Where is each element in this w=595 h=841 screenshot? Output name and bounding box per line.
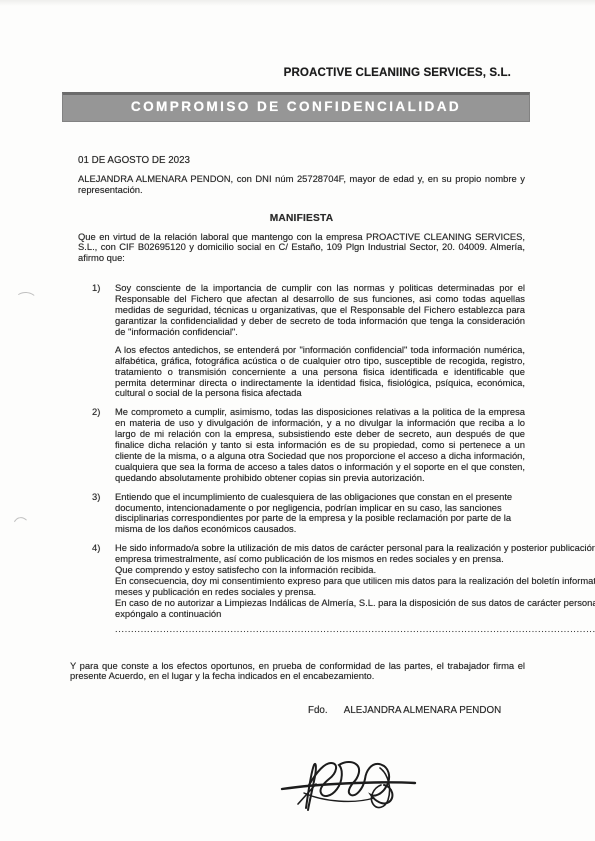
clause-3: 3) Entiendo que el incumplimiento de cua…: [78, 492, 525, 536]
section-heading: MANIFIESTA: [78, 214, 525, 225]
scan-artifact-arc-bottom: [10, 516, 34, 548]
scan-artifact-arc-top: [15, 291, 38, 308]
declarant-line: ALEJANDRA ALMENARA PENDON, con DNI núm 2…: [78, 174, 525, 196]
clause-1-number: 1): [92, 283, 115, 399]
handwritten-signature-scribble: [276, 758, 421, 818]
clause-1-paragraph-1: Soy consciente de la importancia de cump…: [115, 283, 525, 338]
closing-paragraph: Y para que conste a los efectos oportuno…: [70, 661, 525, 683]
signature-line: Fdo. ALEJANDRA ALMENARA PENDON: [78, 706, 525, 717]
clause-4-paragraph-1: He sido informado/a sobre la utilización…: [115, 543, 595, 565]
clause-4-number: 4): [92, 543, 115, 634]
clause-2-number: 2): [92, 407, 115, 483]
clause-1-paragraph-2: A los efectos antedichos, se entenderá p…: [115, 345, 525, 400]
clause-2: 2) Me comprometo a cumplir, asimismo, to…: [78, 407, 525, 483]
section-intro-paragraph: Que en virtud de la relación laboral que…: [78, 232, 525, 265]
clause-4: 4) He sido informado/a sobre la utilizac…: [78, 543, 525, 634]
company-header: PROACTIVE CLEANIING SERVICES, S.L.: [78, 68, 525, 79]
clause-2-paragraph-1: Me comprometo a cumplir, asimismo, todas…: [115, 407, 525, 483]
clause-3-paragraph-1: Entiendo que el incumplimiento de cuales…: [115, 492, 525, 536]
clause-4-paragraph-4: En caso de no autorizar a Limpiezas Indá…: [115, 598, 595, 620]
fill-in-dotted-line: ........................................…: [115, 624, 595, 635]
date-line: 01 DE AGOSTO DE 2023: [78, 156, 525, 167]
clause-1: 1) Soy consciente de la importancia de c…: [78, 283, 525, 399]
clause-list: 1) Soy consciente de la importancia de c…: [78, 283, 525, 634]
clause-3-number: 3): [92, 492, 115, 536]
clause-4-paragraph-3: En consecuencia, doy mi consentimiento e…: [115, 576, 595, 598]
signatory-name: ALEJANDRA ALMENARA PENDON: [344, 705, 501, 716]
document-content: PROACTIVE CLEANIING SERVICES, S.L. COMPR…: [78, 0, 525, 717]
scanned-document-page: PROACTIVE CLEANIING SERVICES, S.L. COMPR…: [0, 0, 595, 841]
document-title-banner: COMPROMISO DE CONFIDENCIALIDAD: [62, 92, 530, 122]
signature-label: Fdo.: [308, 705, 328, 716]
